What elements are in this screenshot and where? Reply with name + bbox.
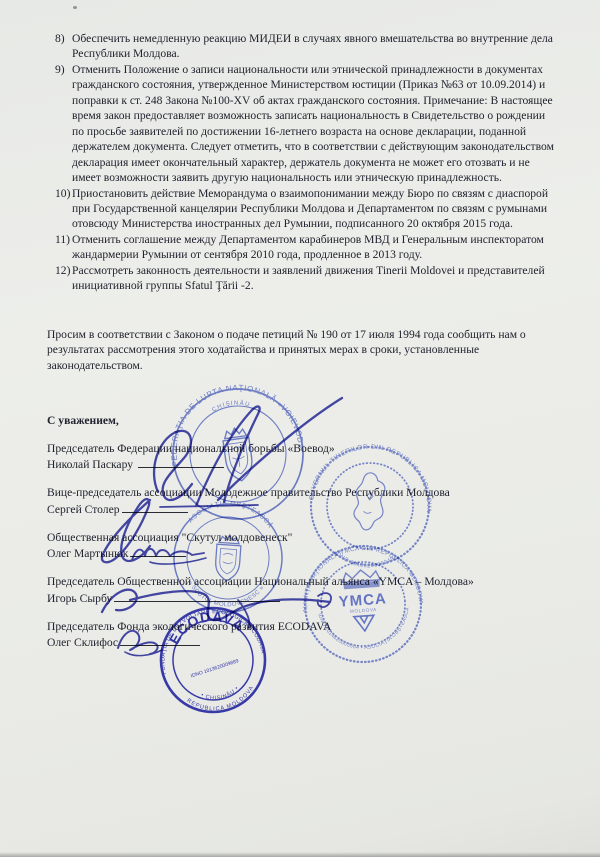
signature-martynyuk bbox=[132, 549, 206, 564]
signature-syrbu bbox=[102, 590, 331, 628]
handwritten-signatures bbox=[0, 0, 600, 857]
scanned-petition-page: 8)Обеспечить немедленную реакцию МИДЕИ в… bbox=[0, 0, 600, 857]
signature-pascaru bbox=[154, 398, 342, 507]
signature-sklifos bbox=[118, 631, 162, 656]
